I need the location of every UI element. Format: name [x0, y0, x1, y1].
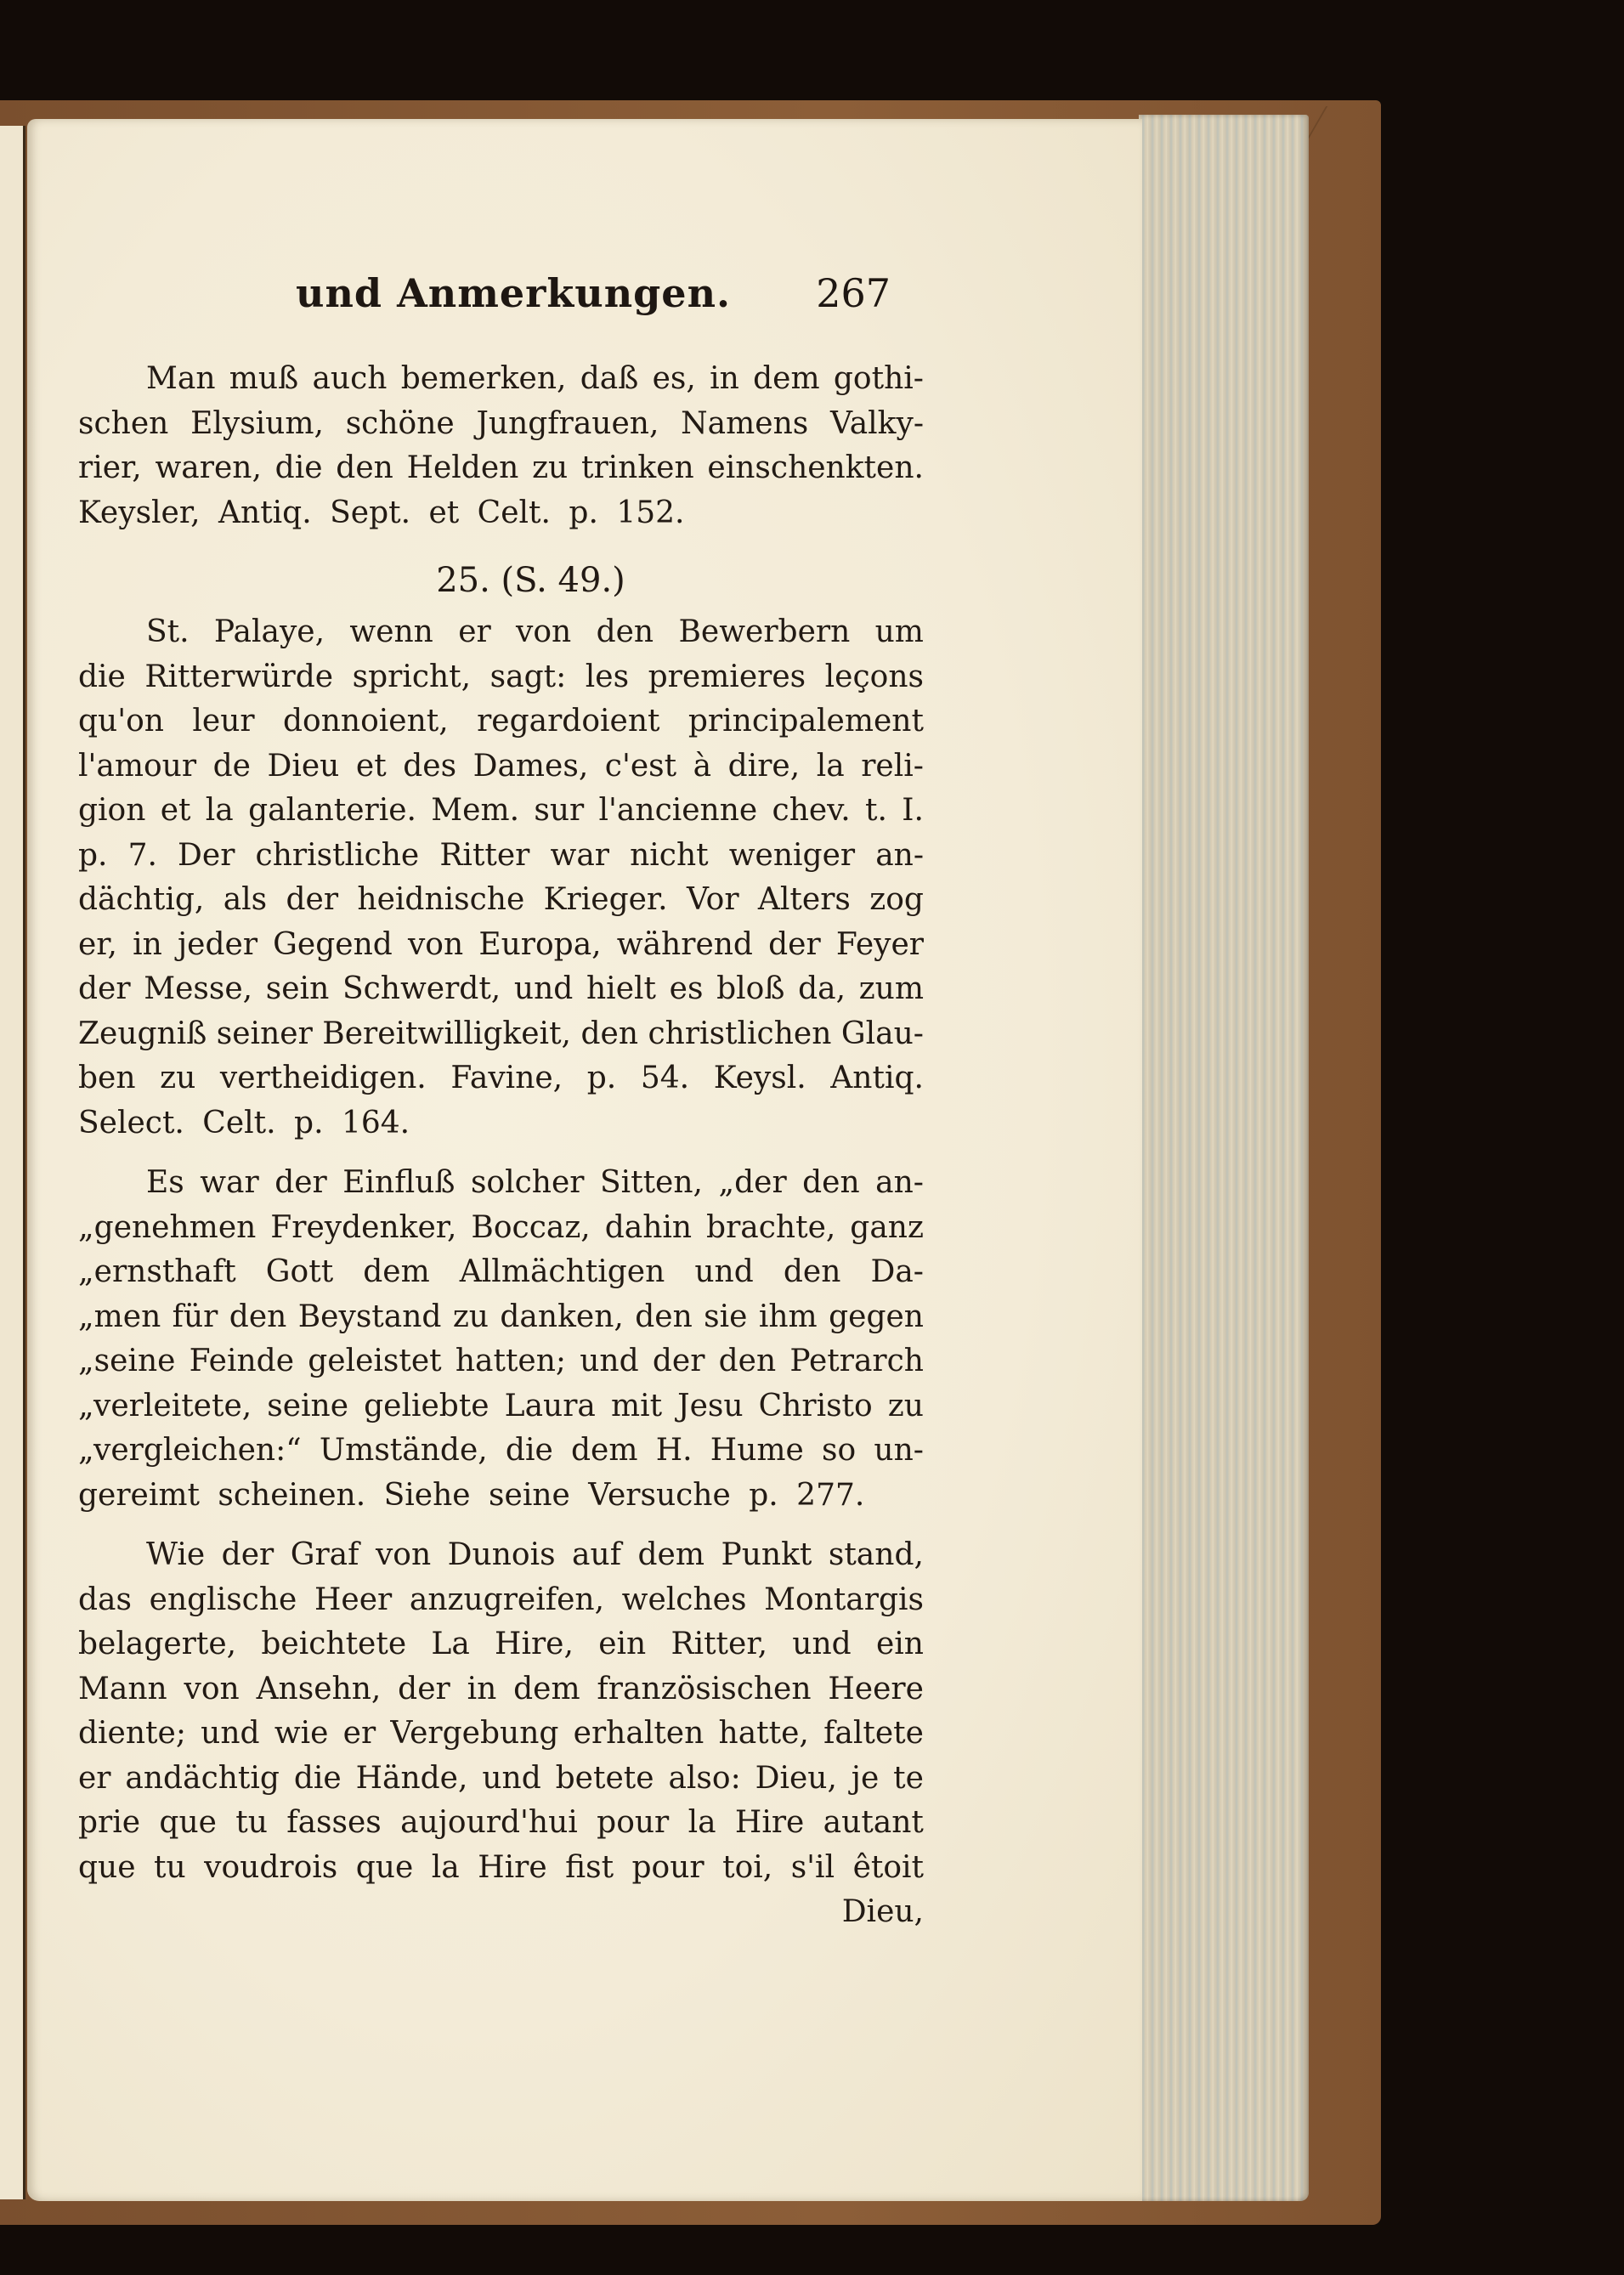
word: toi,: [722, 1846, 772, 1891]
word: stand,: [829, 1533, 924, 1578]
text-line: „menfürdenBeystandzudanken,densieihmgege…: [78, 1295, 924, 1340]
word: war: [551, 834, 610, 879]
text-line: Keysler, Antiq. Sept. et Celt. p. 152.: [78, 491, 924, 536]
word: danken,: [500, 1295, 623, 1340]
word: je: [852, 1757, 879, 1802]
word: Jesu: [677, 1384, 743, 1429]
word: dem: [513, 1667, 580, 1712]
word: Bereitwilligkeit,: [322, 1012, 571, 1057]
word: autant: [823, 1801, 924, 1846]
word: den: [719, 1339, 777, 1384]
word: es: [670, 967, 704, 1012]
text-line: er,injederGegendvonEuropa,währendderFeye…: [78, 923, 924, 968]
word: rier,: [78, 446, 142, 491]
word: Ritter,: [671, 1622, 767, 1667]
word: so: [822, 1429, 856, 1474]
word: La: [431, 1622, 469, 1667]
word: den: [802, 1161, 860, 1206]
word: der: [274, 1161, 327, 1206]
word: in: [710, 357, 739, 402]
word: zu: [160, 1056, 195, 1101]
word: es,: [653, 357, 696, 402]
word: Hire: [735, 1801, 804, 1846]
word: geliebte: [364, 1384, 489, 1429]
word: die: [506, 1429, 553, 1474]
word: tu: [235, 1801, 268, 1846]
word: gothi-: [834, 357, 924, 402]
word: den: [784, 1250, 841, 1295]
word: waren,: [155, 446, 261, 491]
word: der: [78, 967, 131, 1012]
text-line: p.7.DerchristlicheRitterwarnichtwenigera…: [78, 834, 924, 879]
word: p.: [78, 834, 108, 879]
word: Hume: [710, 1429, 804, 1474]
word: Es: [146, 1161, 184, 1206]
word: und: [694, 1250, 753, 1295]
word: Laura: [505, 1384, 596, 1429]
word: „genehmen: [78, 1206, 256, 1251]
text-line: rier,waren,diedenHeldenzutrinkeneinschen…: [78, 446, 924, 491]
word: voudrois: [204, 1846, 337, 1891]
word: Valky-: [830, 402, 924, 447]
word: Christo: [759, 1384, 873, 1429]
word: leur: [192, 699, 254, 744]
word: te: [893, 1757, 924, 1802]
word: Namens: [681, 402, 808, 447]
text-line: dasenglischeHeeranzugreifen,welchesMonta…: [78, 1578, 924, 1623]
word: Helden: [407, 446, 519, 491]
word: pour: [632, 1846, 704, 1891]
word: Man: [146, 357, 216, 402]
word: den: [229, 1295, 287, 1340]
word: Mann: [78, 1667, 167, 1712]
word: Gegend: [273, 923, 393, 968]
word: Feinde: [190, 1339, 294, 1384]
word: zum: [859, 967, 924, 1012]
word: und: [514, 967, 573, 1012]
word: welches: [622, 1578, 747, 1623]
word: „seine: [78, 1339, 175, 1384]
word: Palaye,: [214, 610, 325, 655]
word: dem: [753, 357, 820, 402]
word: belagerte,: [78, 1622, 236, 1667]
word: reli-: [861, 744, 924, 789]
word: Ritterwürde: [144, 655, 333, 700]
word: französischen: [597, 1667, 811, 1712]
word: weniger: [729, 834, 855, 879]
word: dem: [571, 1429, 638, 1474]
word: muß: [229, 357, 298, 402]
word: Antiq.: [830, 1056, 924, 1101]
word: gegen: [829, 1295, 924, 1340]
word: für: [173, 1295, 218, 1340]
word: ben: [78, 1056, 136, 1101]
word: der: [398, 1667, 450, 1712]
running-head-title: und Anmerkungen.: [296, 270, 731, 316]
page-number: 267: [816, 270, 891, 316]
word: ein: [598, 1622, 646, 1667]
word: la: [206, 789, 234, 834]
word: beichtete: [261, 1622, 406, 1667]
word: 7.: [128, 834, 157, 879]
word: geleistet: [308, 1339, 441, 1384]
word: die: [294, 1757, 342, 1802]
word: de: [213, 744, 251, 789]
word: 54.: [641, 1056, 689, 1101]
word: Dunois: [448, 1533, 556, 1578]
word: Krieger.: [544, 878, 668, 923]
word: vertheidigen.: [220, 1056, 427, 1101]
word: galanterie.: [248, 789, 416, 834]
paragraph-es-war: EswarderEinflußsolcherSitten,„derdenan- …: [78, 1161, 924, 1518]
word: und: [482, 1757, 540, 1802]
word: Favine,: [450, 1056, 563, 1101]
word: dahin: [605, 1206, 692, 1251]
word: dächtig,: [78, 878, 204, 923]
text-line: EswarderEinflußsolcherSitten,„derdenan-: [78, 1161, 924, 1206]
word: Wie: [146, 1533, 205, 1578]
word: der: [222, 1533, 274, 1578]
word: ganz: [850, 1206, 924, 1251]
word: er,: [78, 923, 117, 968]
text-line: „vergleichen:“Umstände,diedemH.Humesoun-: [78, 1429, 924, 1474]
word: an-: [875, 834, 924, 879]
word: Messe,: [144, 967, 252, 1012]
word: den: [580, 1012, 638, 1057]
word: fasses: [286, 1801, 382, 1846]
word: schöne: [346, 402, 455, 447]
word: jeder: [178, 923, 257, 968]
word: Glau-: [841, 1012, 924, 1057]
paragraph-man-muss: Manmußauchbemerken,daßes,indemgothi- sch…: [78, 357, 924, 535]
word: tu: [154, 1846, 186, 1891]
word: die: [275, 446, 323, 491]
word: spricht,: [353, 655, 472, 700]
text-line: ZeugnißseinerBereitwilligkeit,denchristl…: [78, 1012, 924, 1057]
word: sagt:: [490, 655, 567, 700]
word: aujourd'hui: [400, 1801, 578, 1846]
word: christliche: [256, 834, 420, 879]
word: daß: [580, 357, 639, 402]
word: Heer: [314, 1578, 392, 1623]
word: christlichen: [648, 1012, 832, 1057]
word: um: [875, 610, 924, 655]
paragraph-st-palaye: St.Palaye,wennervondenBewerbernum dieRit…: [78, 610, 924, 1146]
text-line: „ernsthaftGottdemAllmächtigenunddenDa-: [78, 1250, 924, 1295]
word: hatte,: [719, 1712, 809, 1757]
word: bemerken,: [401, 357, 567, 402]
word: wie: [274, 1712, 329, 1757]
word: Dames,: [473, 744, 589, 789]
word: Der: [178, 834, 235, 879]
word: er: [343, 1712, 376, 1757]
word: Zeugniß: [78, 1012, 207, 1057]
word: êtoit: [853, 1846, 924, 1891]
word: auf: [572, 1533, 621, 1578]
word: Montargis: [764, 1578, 924, 1623]
word: „verleitete,: [78, 1384, 252, 1429]
text-line: derMesse,seinSchwerdt,undhieltesbloßda,z…: [78, 967, 924, 1012]
word: Da-: [870, 1250, 924, 1295]
word: Jungfrauen,: [476, 402, 659, 447]
word: la: [817, 744, 845, 789]
word: erhalten: [574, 1712, 704, 1757]
word: betete: [556, 1757, 654, 1802]
word: s'il: [791, 1846, 835, 1891]
text-line: „seineFeindegeleistethatten;undderdenPet…: [78, 1339, 924, 1384]
word: Bewerbern: [678, 610, 850, 655]
text-block: Manmußauchbemerken,daßes,indemgothi- sch…: [78, 357, 924, 1935]
word: Sitten,: [600, 1161, 703, 1206]
word: von: [408, 923, 463, 968]
word: „men: [78, 1295, 161, 1340]
word: I.: [902, 789, 924, 834]
text-line: St.Palaye,wennervondenBewerbernum: [78, 610, 924, 655]
word: et: [161, 789, 191, 834]
text-line: „genehmenFreydenker,Boccaz,dahinbrachte,…: [78, 1206, 924, 1251]
word: trinken: [581, 446, 694, 491]
word: dem: [363, 1250, 430, 1295]
word: sein: [266, 967, 329, 1012]
word: Allmächtigen: [460, 1250, 665, 1295]
text-line: qu'onleurdonnoient,regardoientprincipale…: [78, 699, 924, 744]
word: et: [356, 744, 387, 789]
word: „der: [718, 1161, 786, 1206]
word: Dieu,: [755, 1757, 837, 1802]
word: in: [133, 923, 162, 968]
text-line: dächtig,alsderheidnischeKrieger.VorAlter…: [78, 878, 924, 923]
word: dem: [638, 1533, 705, 1578]
text-line: schenElysium,schöneJungfrauen,NamensValk…: [78, 402, 924, 447]
word: la: [432, 1846, 460, 1891]
word: dire,: [728, 744, 801, 789]
word: während: [617, 923, 753, 968]
word: solcher: [471, 1161, 585, 1206]
word: St.: [146, 610, 190, 655]
word: bloß: [716, 967, 784, 1012]
word: Petrarch: [789, 1339, 924, 1384]
text-line: benzuvertheidigen.Favine,p.54.Keysl.Anti…: [78, 1056, 924, 1101]
word: und: [201, 1712, 259, 1757]
word: Beystand: [298, 1295, 442, 1340]
text-line: gionetlagalanterie.Mem.surl'anciennechev…: [78, 789, 924, 834]
word: heidnische: [357, 878, 524, 923]
word: Hände,: [356, 1757, 468, 1802]
word: donnoient,: [283, 699, 449, 744]
left-page-sliver: [0, 126, 25, 2199]
word: t.: [865, 789, 887, 834]
word: zu: [532, 446, 568, 491]
word: hatten;: [456, 1339, 566, 1384]
word: pour: [597, 1801, 669, 1846]
word: als: [224, 878, 267, 923]
word: à: [693, 744, 711, 789]
word: zog: [869, 878, 924, 923]
catchword: Dieu,: [78, 1890, 924, 1935]
word: war: [200, 1161, 259, 1206]
word: que: [159, 1801, 217, 1846]
word: prie: [78, 1801, 140, 1846]
word: schen: [78, 402, 168, 447]
word: Einfluß: [342, 1161, 455, 1206]
word: brachte,: [706, 1206, 835, 1251]
word: ein: [876, 1622, 924, 1667]
word: Graf: [291, 1533, 359, 1578]
word: Keysl.: [714, 1056, 806, 1101]
word: den: [336, 446, 393, 491]
word: wenn: [349, 610, 433, 655]
word: Ansehn,: [257, 1667, 382, 1712]
word: la: [688, 1801, 716, 1846]
word: englische: [150, 1578, 297, 1623]
word: Freydenker,: [270, 1206, 456, 1251]
word: fist: [565, 1846, 614, 1891]
word: premieres: [648, 655, 806, 700]
word: Feyer: [836, 923, 924, 968]
word: Elysium,: [190, 402, 324, 447]
word: nicht: [630, 834, 709, 879]
word: er: [458, 610, 491, 655]
word: anzugreifen,: [410, 1578, 604, 1623]
text-line: diente;undwieerVergebungerhaltenhatte,fa…: [78, 1712, 924, 1757]
text-line: belagerte,beichteteLaHire,einRitter,unde…: [78, 1622, 924, 1667]
word: Europa,: [478, 923, 601, 968]
word: der: [653, 1339, 705, 1384]
word: Mem.: [431, 789, 519, 834]
word: und: [792, 1622, 851, 1667]
word: Dieu: [268, 744, 340, 789]
word: von: [516, 610, 571, 655]
paragraph-wie-der-graf: WiederGrafvonDunoisaufdemPunktstand, das…: [78, 1533, 924, 1935]
word: von: [376, 1533, 431, 1578]
text-line: Manmußauchbemerken,daßes,indemgothi-: [78, 357, 924, 402]
word: der: [768, 923, 821, 968]
word: also:: [668, 1757, 740, 1802]
word: que: [78, 1846, 136, 1891]
word: diente;: [78, 1712, 186, 1757]
section-heading: 25. (S. 49.): [78, 551, 924, 610]
word: andächtig: [125, 1757, 280, 1802]
word: den: [635, 1295, 693, 1340]
text-line: dieRitterwürdespricht,sagt:lespremieresl…: [78, 655, 924, 700]
text-line: priequetufassesaujourd'huipourlaHireauta…: [78, 1801, 924, 1846]
text-line: l'amourdeDieuetdesDames,c'estàdire,larel…: [78, 744, 924, 789]
word: p.: [587, 1056, 617, 1101]
word: „vergleichen:“: [78, 1429, 302, 1474]
word: leçons: [825, 655, 924, 700]
text-line: „verleitete,seinegeliebteLauramitJesuChr…: [78, 1384, 924, 1429]
word: da,: [798, 967, 846, 1012]
word: Punkt: [721, 1533, 812, 1578]
word: Heere: [828, 1667, 924, 1712]
word: Vor: [687, 878, 739, 923]
word: faltete: [823, 1712, 924, 1757]
word: H.: [656, 1429, 693, 1474]
word: einschenkten.: [707, 446, 924, 491]
word: das: [78, 1578, 132, 1623]
word: an-: [875, 1161, 924, 1206]
word: in: [467, 1667, 497, 1712]
word: l'amour: [78, 744, 196, 789]
word: zu: [888, 1384, 924, 1429]
word: regardoient: [477, 699, 659, 744]
word: Hire,: [495, 1622, 574, 1667]
word: Vergebung: [390, 1712, 558, 1757]
word: que: [356, 1846, 414, 1891]
word: die: [78, 655, 126, 700]
text-line: quetuvoudroisquelaHirefistpourtoi,s'ilêt…: [78, 1846, 924, 1891]
word: c'est: [605, 744, 676, 789]
page-block-edges: [1139, 115, 1309, 2201]
word: chev.: [772, 789, 851, 834]
word: Hire: [478, 1846, 546, 1891]
word: sur: [534, 789, 584, 834]
word: sie: [704, 1295, 747, 1340]
word: ihm: [759, 1295, 818, 1340]
text-line: erandächtigdieHände,undbetetealso:Dieu,j…: [78, 1757, 924, 1802]
word: Schwerdt,: [342, 967, 501, 1012]
word: Umstände,: [320, 1429, 488, 1474]
text-line: WiederGrafvonDunoisaufdemPunktstand,: [78, 1533, 924, 1578]
word: l'ancienne: [599, 789, 758, 834]
text-line: Select. Celt. p. 164.: [78, 1101, 924, 1146]
word: hielt: [586, 967, 656, 1012]
text-line: gereimt scheinen. Siehe seine Versuche p…: [78, 1474, 924, 1519]
word: Gott: [266, 1250, 333, 1295]
word: mit: [611, 1384, 662, 1429]
word: Alters: [758, 878, 851, 923]
word: von: [184, 1667, 240, 1712]
word: und: [580, 1339, 638, 1384]
word: qu'on: [78, 699, 164, 744]
word: un-: [874, 1429, 924, 1474]
word: zu: [453, 1295, 489, 1340]
text-line: MannvonAnsehn,derindemfranzösischenHeere: [78, 1667, 924, 1712]
word: principalement: [688, 699, 924, 744]
word: gion: [78, 789, 145, 834]
word: Boccaz,: [471, 1206, 590, 1251]
running-head: und Anmerkungen. 267: [296, 270, 891, 321]
word: des: [403, 744, 456, 789]
word: der: [286, 878, 339, 923]
word: „ernsthaft: [78, 1250, 236, 1295]
word: er: [78, 1757, 111, 1802]
word: les: [586, 655, 629, 700]
word: Ritter: [439, 834, 529, 879]
word: auch: [312, 357, 387, 402]
word: seine: [267, 1384, 348, 1429]
word: den: [597, 610, 654, 655]
word: seiner: [217, 1012, 313, 1057]
